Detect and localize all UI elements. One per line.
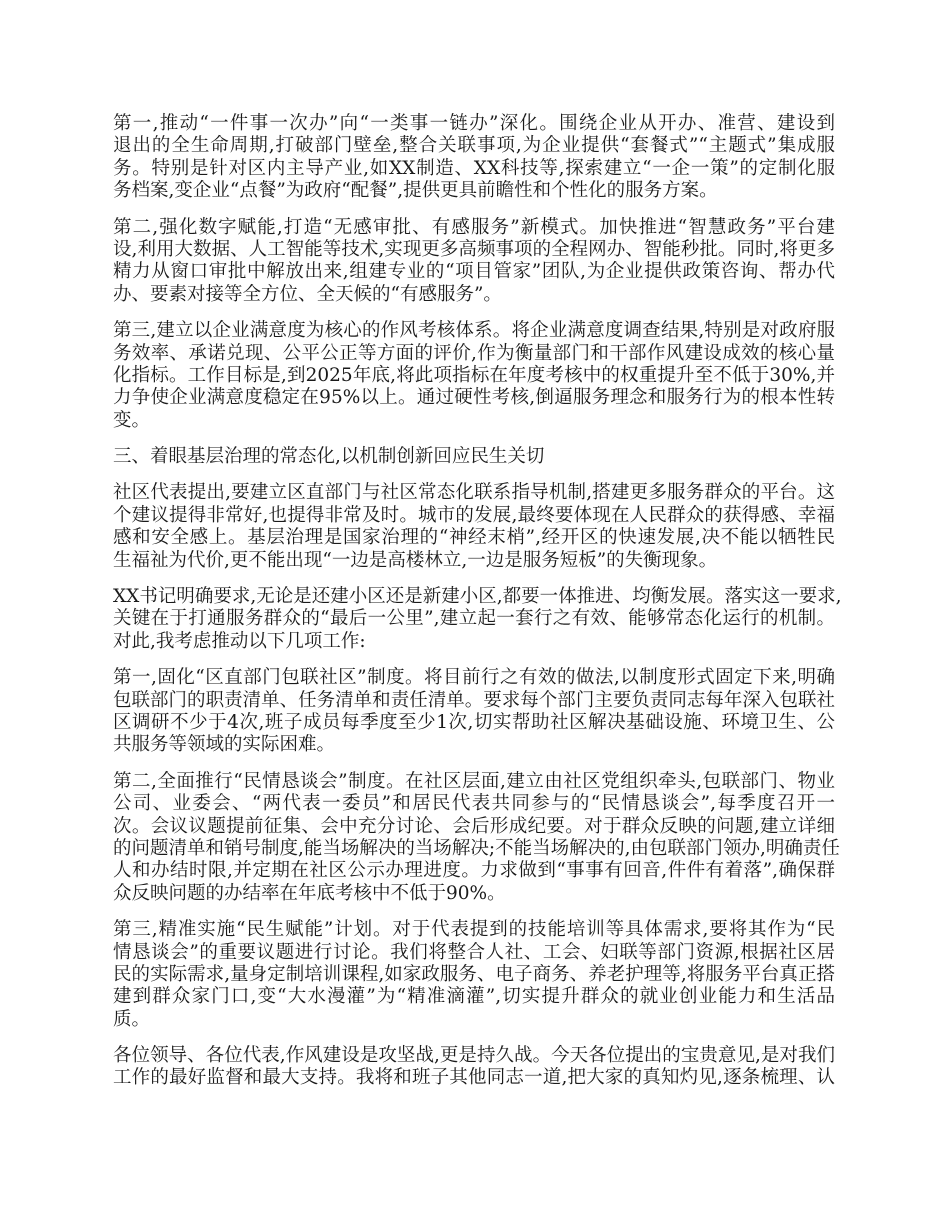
paragraph-reform-item-2: 第二,强化数字赋能,打造“无感审批、有感服务”新模式。加快推进“智慧政务”平台建… (113, 217, 835, 307)
text-line: 民的实际需求,量身定制培训课程,如家政服务、电子商务、养老护理等,将服务平台真正… (113, 964, 835, 986)
text-line: 公司、业委会、“两代表一委员”和居民代表共同参与的“民情恳谈会”,每季度召开一 (113, 793, 835, 815)
paragraph-reform-item-1: 第一,推动“一件事一次办”向“一类事一链办”深化。围绕企业从开办、准营、建设到 … (113, 113, 835, 203)
text-line: 各位领导、各位代表,作风建设是攻坚战,更是持久战。今天各位提出的宝贵意见,是对我… (113, 1045, 835, 1067)
paragraph-secretary-requirement: XX书记明确要求,无论是还建小区还是新建小区,都要一体推进、均衡发展。落实这一要… (113, 586, 835, 653)
text-line: 对此,我考虑推动以下几项工作: (113, 631, 835, 653)
text-line: XX书记明确要求,无论是还建小区还是新建小区,都要一体推进、均衡发展。落实这一要… (113, 586, 835, 608)
section-heading-text: 三、着眼基层治理的常态化,以机制创新回应民生关切 (113, 446, 835, 468)
text-line: 力争使企业满意度稳定在95%以上。通过硬性考核,倒逼服务理念和服务行为的根本性转 (113, 387, 835, 409)
paragraph-community-item-3: 第三,精准实施“民生赋能”计划。对于代表提到的技能培训等具体需求,要将其作为“民… (113, 919, 835, 1031)
paragraph-community-intro: 社区代表提出,要建立区直部门与社区常态化联系指导机制,搭建更多服务群众的平台。这… (113, 482, 835, 572)
text-line: 个建议提得非常好,也提得非常及时。城市的发展,最终要体现在人民群众的获得感、幸福 (113, 505, 835, 527)
paragraph-reform-item-3: 第三,建立以企业满意度为核心的作风考核体系。将企业满意度调查结果,特别是对政府服… (113, 320, 835, 432)
text-line: 设,利用大数据、人工智能等技术,实现更多高频事项的全程网办、智能秒批。同时,将更… (113, 239, 835, 261)
text-line: 办、要素对接等全方位、全天候的“有感服务”。 (113, 284, 835, 306)
text-line: 区调研不少于4次,班子成员每季度至少1次,切实帮助社区解决基础设施、环境卫生、公 (113, 712, 835, 734)
text-line: 次。会议议题提前征集、会中充分讨论、会后形成纪要。对于群众反映的问题,建立详细 (113, 816, 835, 838)
text-line: 关键在于打通服务群众的“最后一公里”,建立起一套行之有效、能够常态化运行的机制。 (113, 608, 835, 630)
text-line: 人和办结时限,并定期在社区公示办理进度。力求做到“事事有回音,件件有着落”,确保… (113, 860, 835, 882)
text-line: 务。特别是针对区内主导产业,如XX制造、XX科技等,探索建立“一企一策”的定制化… (113, 158, 835, 180)
text-line: 第三,建立以企业满意度为核心的作风考核体系。将企业满意度调查结果,特别是对政府服 (113, 320, 835, 342)
paragraph-community-item-1: 第一,固化“区直部门包联社区”制度。将目前行之有效的做法,以制度形式固定下来,明… (113, 667, 835, 757)
text-line: 第三,精准实施“民生赋能”计划。对于代表提到的技能培训等具体需求,要将其作为“民 (113, 919, 835, 941)
text-line: 精力从窗口审批中解放出来,组建专业的“项目管家”团队,为企业提供政策咨询、帮办代 (113, 261, 835, 283)
text-line: 包联部门的职责清单、任务清单和责任清单。要求每个部门主要负责同志每年深入包联社 (113, 690, 835, 712)
text-line: 第二,强化数字赋能,打造“无感审批、有感服务”新模式。加快推进“智慧政务”平台建 (113, 217, 835, 239)
text-line: 生福祉为代价,更不能出现“一边是高楼林立,一边是服务短板”的失衡现象。 (113, 550, 835, 572)
section-heading: 三、着眼基层治理的常态化,以机制创新回应民生关切 (113, 446, 835, 468)
paragraph-community-item-2: 第二,全面推行“民情恳谈会”制度。在社区层面,建立由社区党组织牵头,包联部门、物… (113, 771, 835, 905)
text-line: 众反映问题的办结率在年底考核中不低于90%。 (113, 883, 835, 905)
text-line: 第一,固化“区直部门包联社区”制度。将目前行之有效的做法,以制度形式固定下来,明… (113, 667, 835, 689)
document-page: 第一,推动“一件事一次办”向“一类事一链办”深化。围绕企业从开办、准营、建设到 … (113, 113, 835, 1104)
text-line: 感和安全感上。基层治理是国家治理的“神经末梢”,经开区的快速发展,决不能以牺牲民 (113, 527, 835, 549)
text-line: 变。 (113, 410, 835, 432)
text-line: 社区代表提出,要建立区直部门与社区常态化联系指导机制,搭建更多服务群众的平台。这 (113, 482, 835, 504)
text-line: 退出的全生命周期,打破部门壁垒,整合关联事项,为企业提供“套餐式”“主题式”集成… (113, 135, 835, 157)
text-line: 第二,全面推行“民情恳谈会”制度。在社区层面,建立由社区党组织牵头,包联部门、物… (113, 771, 835, 793)
paragraph-closing: 各位领导、各位代表,作风建设是攻坚战,更是持久战。今天各位提出的宝贵意见,是对我… (113, 1045, 835, 1090)
text-line: 工作的最好监督和最大支持。我将和班子其他同志一道,把大家的真知灼见,逐条梳理、认 (113, 1067, 835, 1089)
text-line: 质。 (113, 1009, 835, 1031)
text-line: 情恳谈会”的重要议题进行讨论。我们将整合人社、工会、妇联等部门资源,根据社区居 (113, 942, 835, 964)
text-line: 的问题清单和销号制度,能当场解决的当场解决;不能当场解决的,由包联部门领办,明确… (113, 838, 835, 860)
text-line: 务效率、承诺兑现、公平公正等方面的评价,作为衡量部门和干部作风建设成效的核心量 (113, 343, 835, 365)
text-line: 化指标。工作目标是,到2025年底,将此项指标在年度考核中的权重提升至不低于30… (113, 365, 835, 387)
text-line: 共服务等领域的实际困难。 (113, 734, 835, 756)
text-line: 建到群众家门口,变“大水漫灌”为“精准滴灌”,切实提升群众的就业创业能力和生活品 (113, 986, 835, 1008)
text-line: 第一,推动“一件事一次办”向“一类事一链办”深化。围绕企业从开办、准营、建设到 (113, 113, 835, 135)
text-line: 务档案,变企业“点餐”为政府“配餐”,提供更具前瞻性和个性化的服务方案。 (113, 180, 835, 202)
